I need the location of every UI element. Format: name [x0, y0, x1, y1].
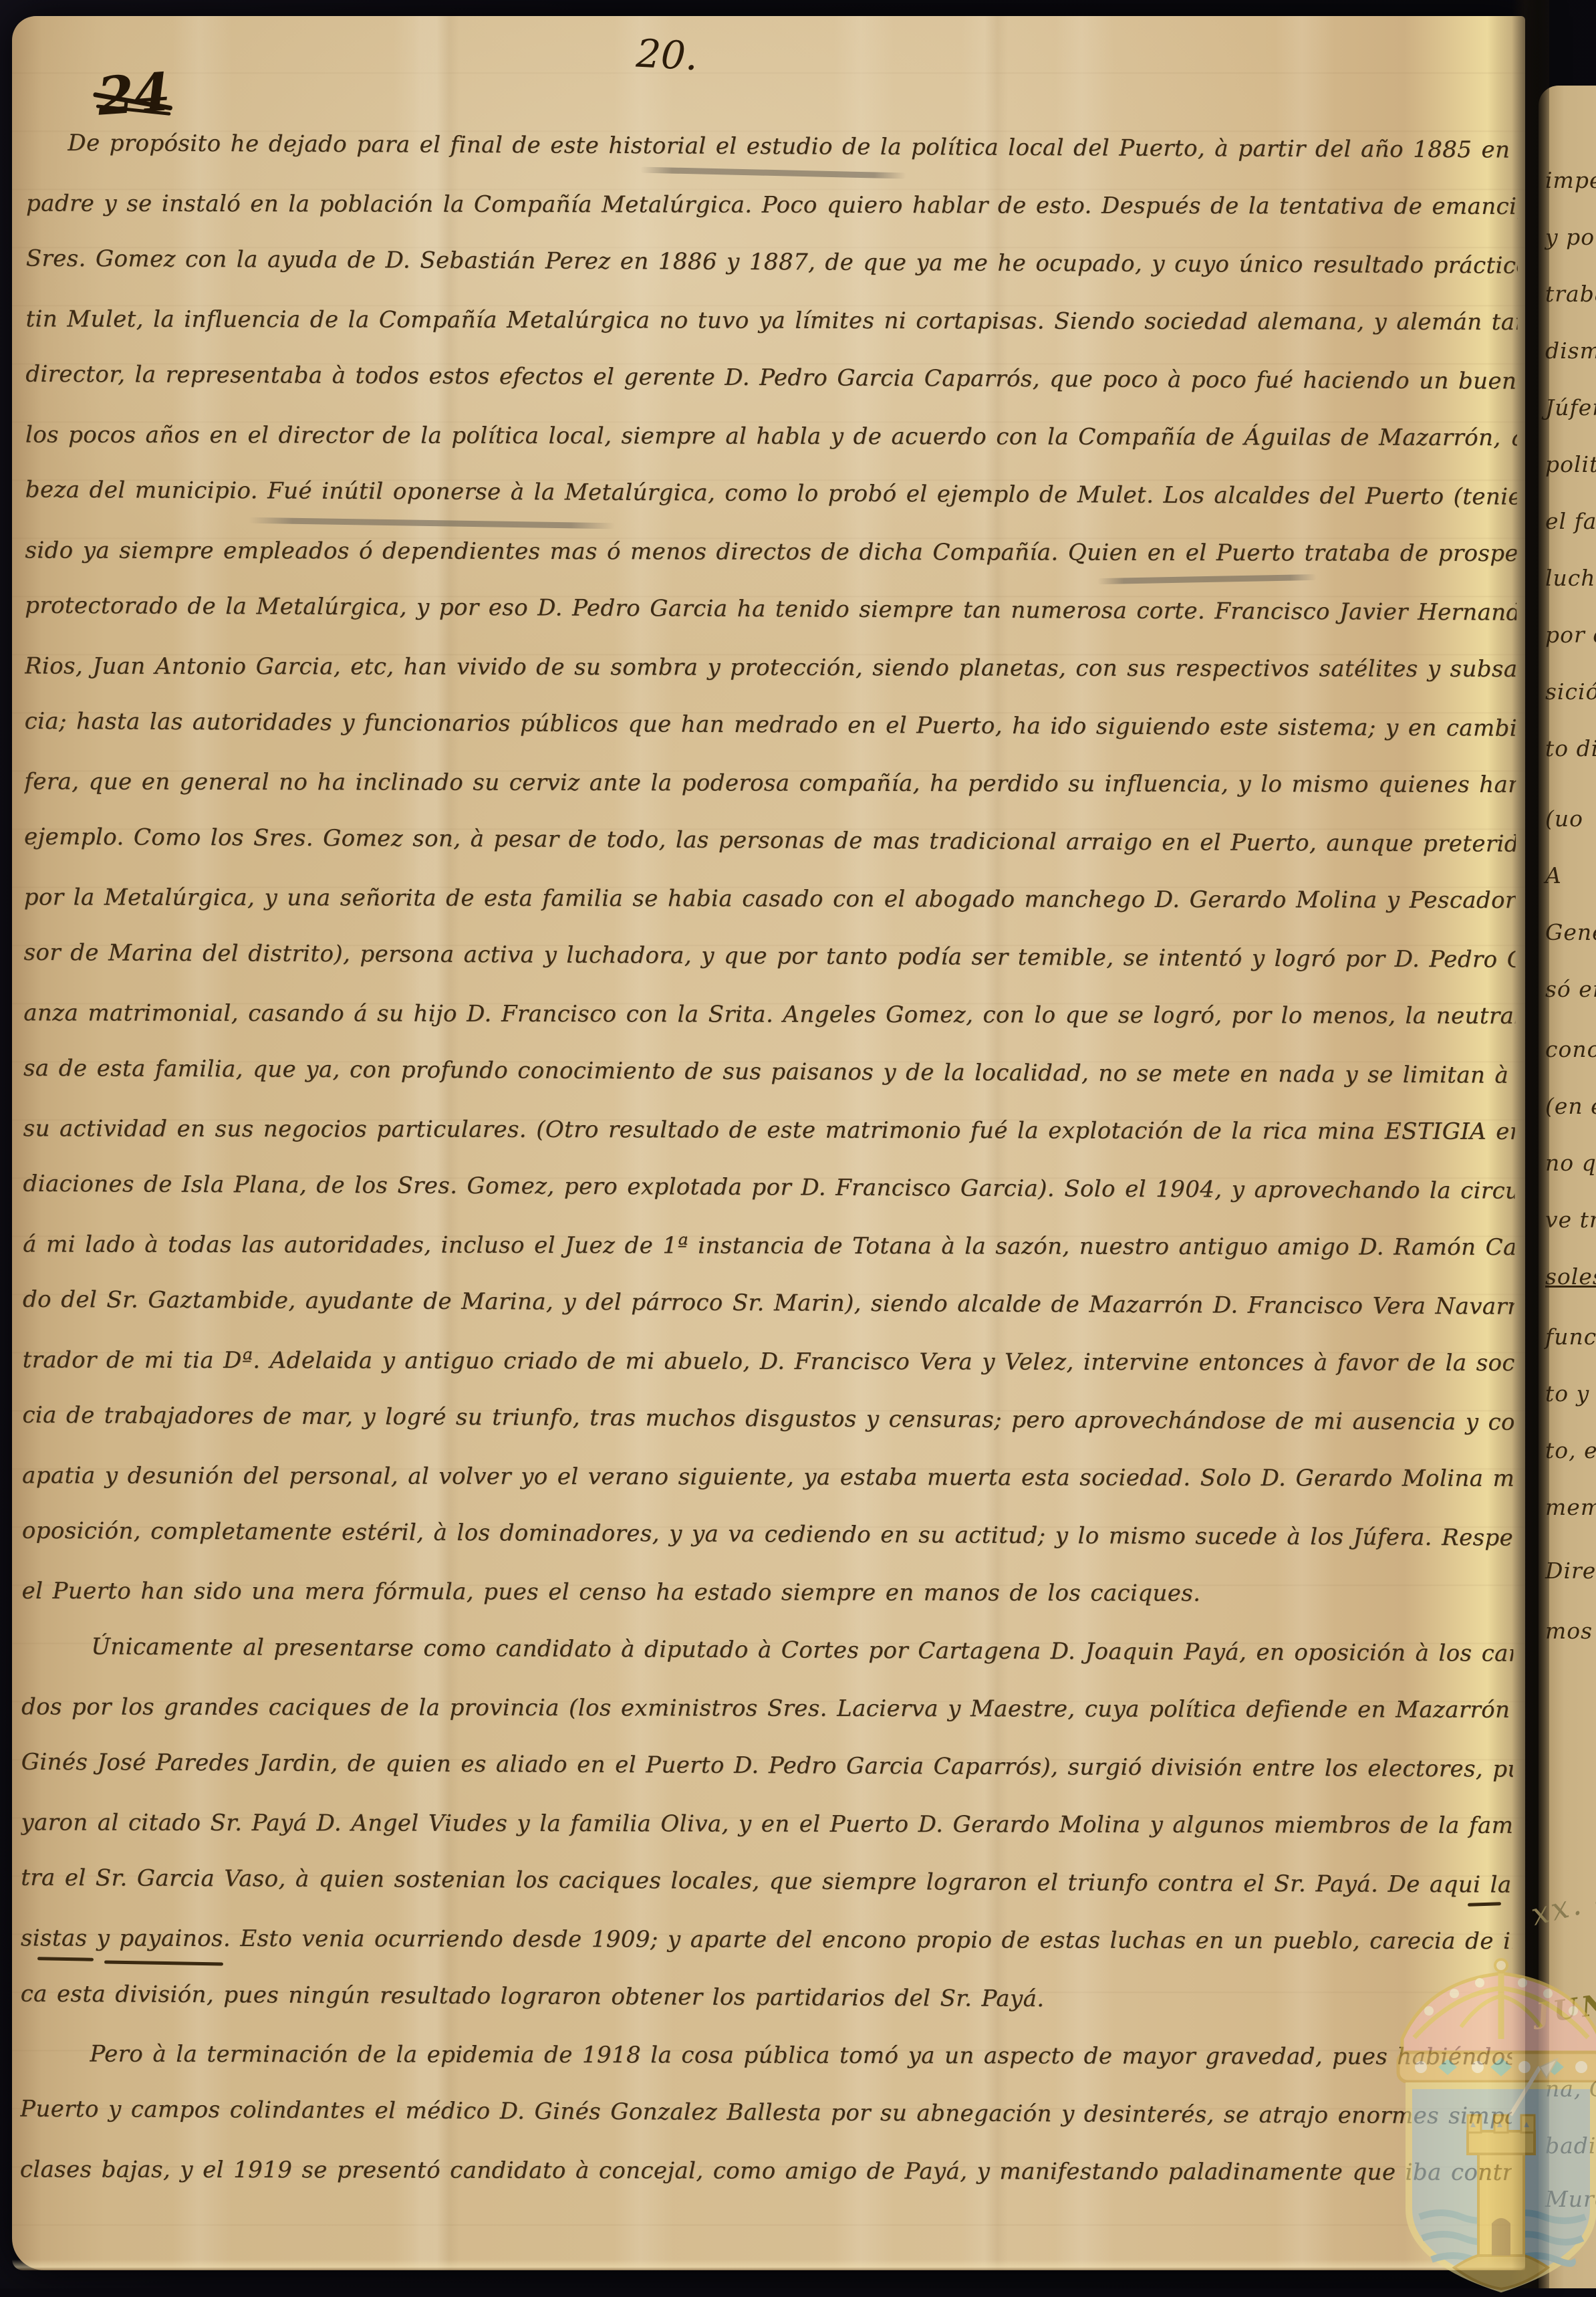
manuscript-line: ca esta división, pues ningún resultado … — [20, 1981, 1044, 2026]
manuscript-line: su actividad en sus negocios particulare… — [23, 1115, 1518, 1159]
manuscript-line: el Puerto han sido una mera fórmula, pue… — [21, 1577, 1200, 1620]
adjacent-page-text-fragment: (uo — [1545, 806, 1583, 832]
manuscript-line: tin Mulet, la influencia de la Compañía … — [25, 306, 1518, 349]
manuscript-line: padre y se instaló en la población la Co… — [26, 190, 1518, 234]
manuscript-line: anza matrimonial, casando á su hijo D. F… — [23, 999, 1518, 1043]
page-number: 20. — [635, 31, 699, 80]
adjacent-page-text-fragment: (en efe — [1545, 1093, 1596, 1119]
manuscript-line: por la Metalúrgica, y una señorita de es… — [24, 884, 1518, 927]
manuscript-line: tra el Sr. Garcia Vaso, à quien sostenia… — [21, 1864, 1518, 1913]
adjacent-page-text-fragment: sición — [1545, 679, 1596, 705]
manuscript-line: cia de trabajadores de mar, y logré su t… — [22, 1402, 1518, 1450]
adjacent-page-text-fragment: na, Ca — [1545, 2076, 1596, 2102]
adjacent-page-text-fragment: Júfera — [1545, 394, 1596, 420]
manuscript-line: yaron al citado Sr. Payá D. Angel Viudes… — [21, 1809, 1518, 1852]
adjacent-page-text-fragment: luch — [1545, 565, 1596, 591]
adjacent-page-text-fragment: mos à — [1545, 1618, 1596, 1644]
adjacent-page-text-fragment: Gene — [1545, 919, 1596, 945]
adjacent-page-text-fragment: politic — [1545, 451, 1596, 477]
adjacent-page-text-fragment: A — [1545, 862, 1562, 888]
manuscript-line: Únicamente al presentarse como candidato… — [21, 1633, 1518, 1681]
adjacent-page-text-fragment: por él — [1545, 622, 1596, 648]
manuscript-line: diaciones de Isla Plana, de los Sres. Go… — [23, 1171, 1518, 1219]
manuscript-line: Puerto y campos colindantes el médico D.… — [20, 2096, 1518, 2145]
adjacent-page-text-fragment: só en — [1545, 976, 1596, 1002]
adjacent-page-text-fragment: soles b — [1545, 1263, 1596, 1290]
adjacent-page-text-fragment: Direct — [1545, 1558, 1596, 1584]
adjacent-page-text-fragment: funci — [1545, 1324, 1596, 1350]
adjacent-page-text-fragment: to, ent — [1545, 1437, 1596, 1463]
adjacent-page-text-fragment: Murci — [1545, 2186, 1596, 2212]
adjacent-page-text-fragment: concej — [1545, 1036, 1596, 1062]
scan-background: 24 20. De propósito he dejado para el fi… — [0, 0, 1596, 2288]
manuscript-lines: De propósito he dejado para el final de … — [19, 0, 1518, 2288]
adjacent-page-text-fragment: mem — [1545, 1494, 1596, 1520]
adjacent-page-text-fragment: disminu — [1545, 338, 1596, 364]
adjacent-page-text-fragment: ve trin — [1545, 1207, 1596, 1233]
adjacent-page-text-fragment: to dió — [1545, 735, 1596, 761]
adjacent-page-text-fragment: trabajo, — [1545, 281, 1596, 307]
manuscript-line: dos por los grandes caciques de la provi… — [21, 1693, 1518, 1737]
manuscript-line: cia; hasta las autoridades y funcionario… — [24, 708, 1518, 756]
manuscript-line: Sres. Gomez con la ayuda de D. Sebastián… — [26, 245, 1518, 294]
manuscript-line: sistas y payainos. Esto venia ocurriendo… — [21, 1925, 1518, 1968]
manuscript-line: Pero à la terminación de la epidemia de … — [20, 2040, 1518, 2084]
manuscript-line: ejemplo. Como los Sres. Gomez son, à pes… — [24, 824, 1518, 872]
adjacent-page-text-fragment: imper — [1545, 167, 1596, 193]
manuscript-line: do del Sr. Gaztambide, ayudante de Marin… — [23, 1286, 1518, 1335]
adjacent-page-text-fragment: y por l — [1545, 224, 1596, 250]
manuscript-line: Rios, Juan Antonio Garcia, etc, han vivi… — [25, 652, 1518, 697]
manuscript-line: fera, que en general no ha inclinado su … — [24, 768, 1518, 812]
adjacent-page-text-fragment: el favo — [1545, 508, 1596, 534]
manuscript-line: sa de esta familia, que ya, con profundo… — [23, 1055, 1518, 1103]
adjacent-page-text-fragment: to y pr — [1545, 1380, 1596, 1407]
manuscript-line: á mi lado à todas las autoridades, inclu… — [23, 1231, 1518, 1275]
manuscript-line: trador de mi tia Dª. Adelaida y antiguo … — [23, 1346, 1518, 1391]
manuscript-line: Ginés José Paredes Jardin, de quien es a… — [21, 1749, 1518, 1798]
crossed-out-page-number: 24 — [96, 62, 172, 127]
manuscript-line: protectorado de la Metalúrgica, y por es… — [25, 592, 1518, 641]
manuscript-line: director, la representaba à todos estos … — [25, 361, 1518, 410]
manuscript-line: los pocos años en el director de la polí… — [25, 421, 1518, 465]
manuscript-line: sor de Marina del distrito), persona act… — [23, 939, 1518, 987]
manuscript-line: apatia y desunión del personal, al volve… — [22, 1462, 1518, 1505]
manuscript-line: clases bajas, y el 1919 se presentó cand… — [20, 2156, 1518, 2199]
adjacent-page-text-fragment: no qu — [1545, 1150, 1596, 1176]
adjacent-page-sliver: impery por ltrabajo,disminuJúferapolitic… — [1539, 86, 1596, 2288]
manuscript-line: oposición, completamente estéril, à los … — [22, 1518, 1518, 1566]
adjacent-page-text-fragment: badill — [1545, 2133, 1596, 2159]
